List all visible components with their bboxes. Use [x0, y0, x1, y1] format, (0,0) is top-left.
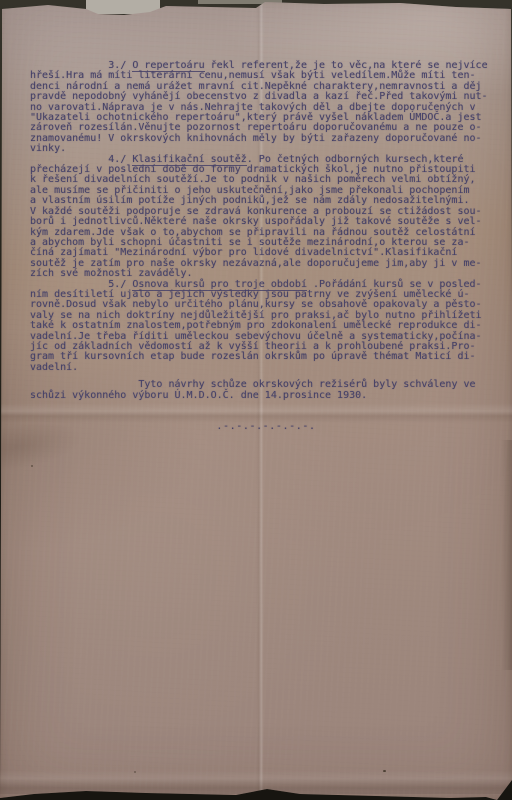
- photo-backdrop: 3./ O repertoáru řekl referent,že je to …: [0, 0, 512, 800]
- section-body: hřeší.Hra má míti literární cenu,nemusí …: [30, 70, 488, 154]
- end-separator: .-.-.-.-.-.-.-.: [30, 422, 502, 432]
- section-body: ním desítiletí ujalo a jejich výsledky j…: [30, 289, 482, 373]
- closing-statement: Tyto návrhy schůze okrskových režisérů b…: [30, 380, 502, 401]
- section-body: přecházejí v poslední době do formy dram…: [30, 164, 482, 279]
- paper-speck: [134, 771, 136, 773]
- paragraph-repertoire: 3./ O repertoáru řekl referent,že je to …: [30, 61, 502, 155]
- underlying-sheet-edge: [86, 0, 160, 14]
- bottom-fold-crease: [0, 770, 512, 794]
- paper-speck: [383, 770, 386, 772]
- section-heading-rest: .Pořádání kursů se v posled-: [307, 279, 482, 290]
- typewritten-text-block: 3./ O repertoáru řekl referent,že je to …: [30, 61, 502, 432]
- section-number: 4./: [30, 154, 132, 165]
- paragraph-classification-contest: 4./ Klasifikační soutěž. Po četných odbo…: [30, 155, 502, 280]
- section-heading-rest: . Po četných odborných kursech,které: [247, 154, 464, 165]
- section-number: 5./: [30, 279, 132, 290]
- paragraph-course-outline: 5./ Osnova kursů pro troje období .Pořád…: [30, 280, 502, 374]
- document-page: 3./ O repertoáru řekl referent,že je to …: [0, 0, 512, 800]
- paper-speck: [31, 465, 33, 467]
- right-edge-shadow: [501, 440, 512, 670]
